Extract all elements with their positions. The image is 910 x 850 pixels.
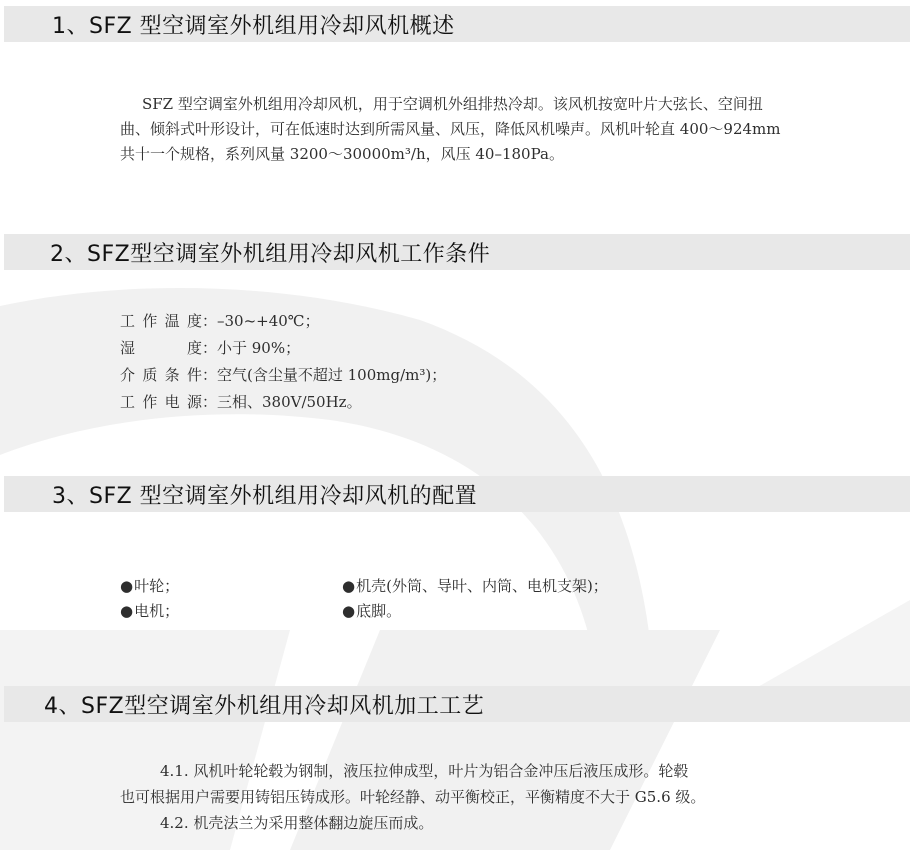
config-item-base: ●底脚。 [342,599,608,624]
condition-humidity: 湿度：小于 90%； [120,335,446,362]
condition-temperature: 工作温度：–30~+40℃； [120,308,446,335]
section-3-title: 3、SFZ 型空调室外机组用冷却风机的配置 [52,479,477,510]
bullet-icon: ● [120,602,133,620]
condition-key: 湿度 [120,335,202,362]
condition-key: 工作电源 [120,389,202,416]
condition-medium: 介质条件：空气(含尘量不超过 100mg/m³)； [120,362,446,389]
config-item-label: 电机； [134,602,179,620]
config-item-impeller: ●叶轮； [120,574,342,599]
config-item-label: 机壳(外筒、导叶、内筒、电机支架)； [356,577,608,595]
process-line-2: 也可根据用户需要用铸铝压铸成形。叶轮经静、动平衡校正，平衡精度不大于 G5.6 … [120,784,705,810]
condition-power: 工作电源：三相、380V/50Hz。 [120,389,446,416]
overview-line-1: SFZ 型空调室外机组用冷却风机，用于空调机外组排热冷却。该风机按宽叶片大弦长、… [120,92,910,117]
section-2-body: 工作温度：–30~+40℃； 湿度：小于 90%； 介质条件：空气(含尘量不超过… [120,308,446,416]
overview-line-3: 共十一个规格，系列风量 3200～30000m³/h，风压 40–180Pa。 [120,142,910,167]
condition-value: ：–30~+40℃； [202,312,320,330]
bullet-icon: ● [120,577,133,595]
section-1-title: 1、SFZ 型空调室外机组用冷却风机概述 [52,9,455,40]
overview-line-2: 曲、倾斜式叶形设计，可在低速时达到所需风量、风压，降低风机噪声。风机叶轮直 40… [120,117,910,142]
section-4-title: 4、SFZ型空调室外机组用冷却风机加工工艺 [44,689,484,720]
section-2-title: 2、SFZ型空调室外机组用冷却风机工作条件 [50,237,490,268]
condition-key: 工作温度 [120,308,202,335]
section-1-body: SFZ 型空调室外机组用冷却风机，用于空调机外组排热冷却。该风机按宽叶片大弦长、… [120,92,910,167]
condition-value: ：空气(含尘量不超过 100mg/m³)； [202,366,446,384]
configuration-list: ●叶轮； ●机壳(外筒、导叶、内筒、电机支架)； ●电机； ●底脚。 [120,574,608,624]
process-line-3: 4.2. 机壳法兰为采用整体翻边旋压而成。 [120,810,705,836]
condition-value: ：三相、380V/50Hz。 [202,393,362,411]
section-4-body: 4.1. 风机叶轮轮毂为钢制，液压拉伸成型，叶片为铝合金冲压后液压成形。轮毂 也… [120,758,705,836]
section-3-header: 3、SFZ 型空调室外机组用冷却风机的配置 [4,476,910,512]
config-item-label: 叶轮； [134,577,179,595]
config-item-casing: ●机壳(外筒、导叶、内筒、电机支架)； [342,574,608,599]
config-item-motor: ●电机； [120,599,342,624]
bullet-icon: ● [342,577,355,595]
section-2-header: 2、SFZ型空调室外机组用冷却风机工作条件 [4,234,910,270]
bullet-icon: ● [342,602,355,620]
section-1-header: 1、SFZ 型空调室外机组用冷却风机概述 [4,6,910,42]
condition-key: 介质条件 [120,362,202,389]
section-4-header: 4、SFZ型空调室外机组用冷却风机加工工艺 [4,686,910,722]
config-item-label: 底脚。 [356,602,401,620]
process-line-1: 4.1. 风机叶轮轮毂为钢制，液压拉伸成型，叶片为铝合金冲压后液压成形。轮毂 [120,758,705,784]
condition-value: ：小于 90%； [202,339,300,357]
